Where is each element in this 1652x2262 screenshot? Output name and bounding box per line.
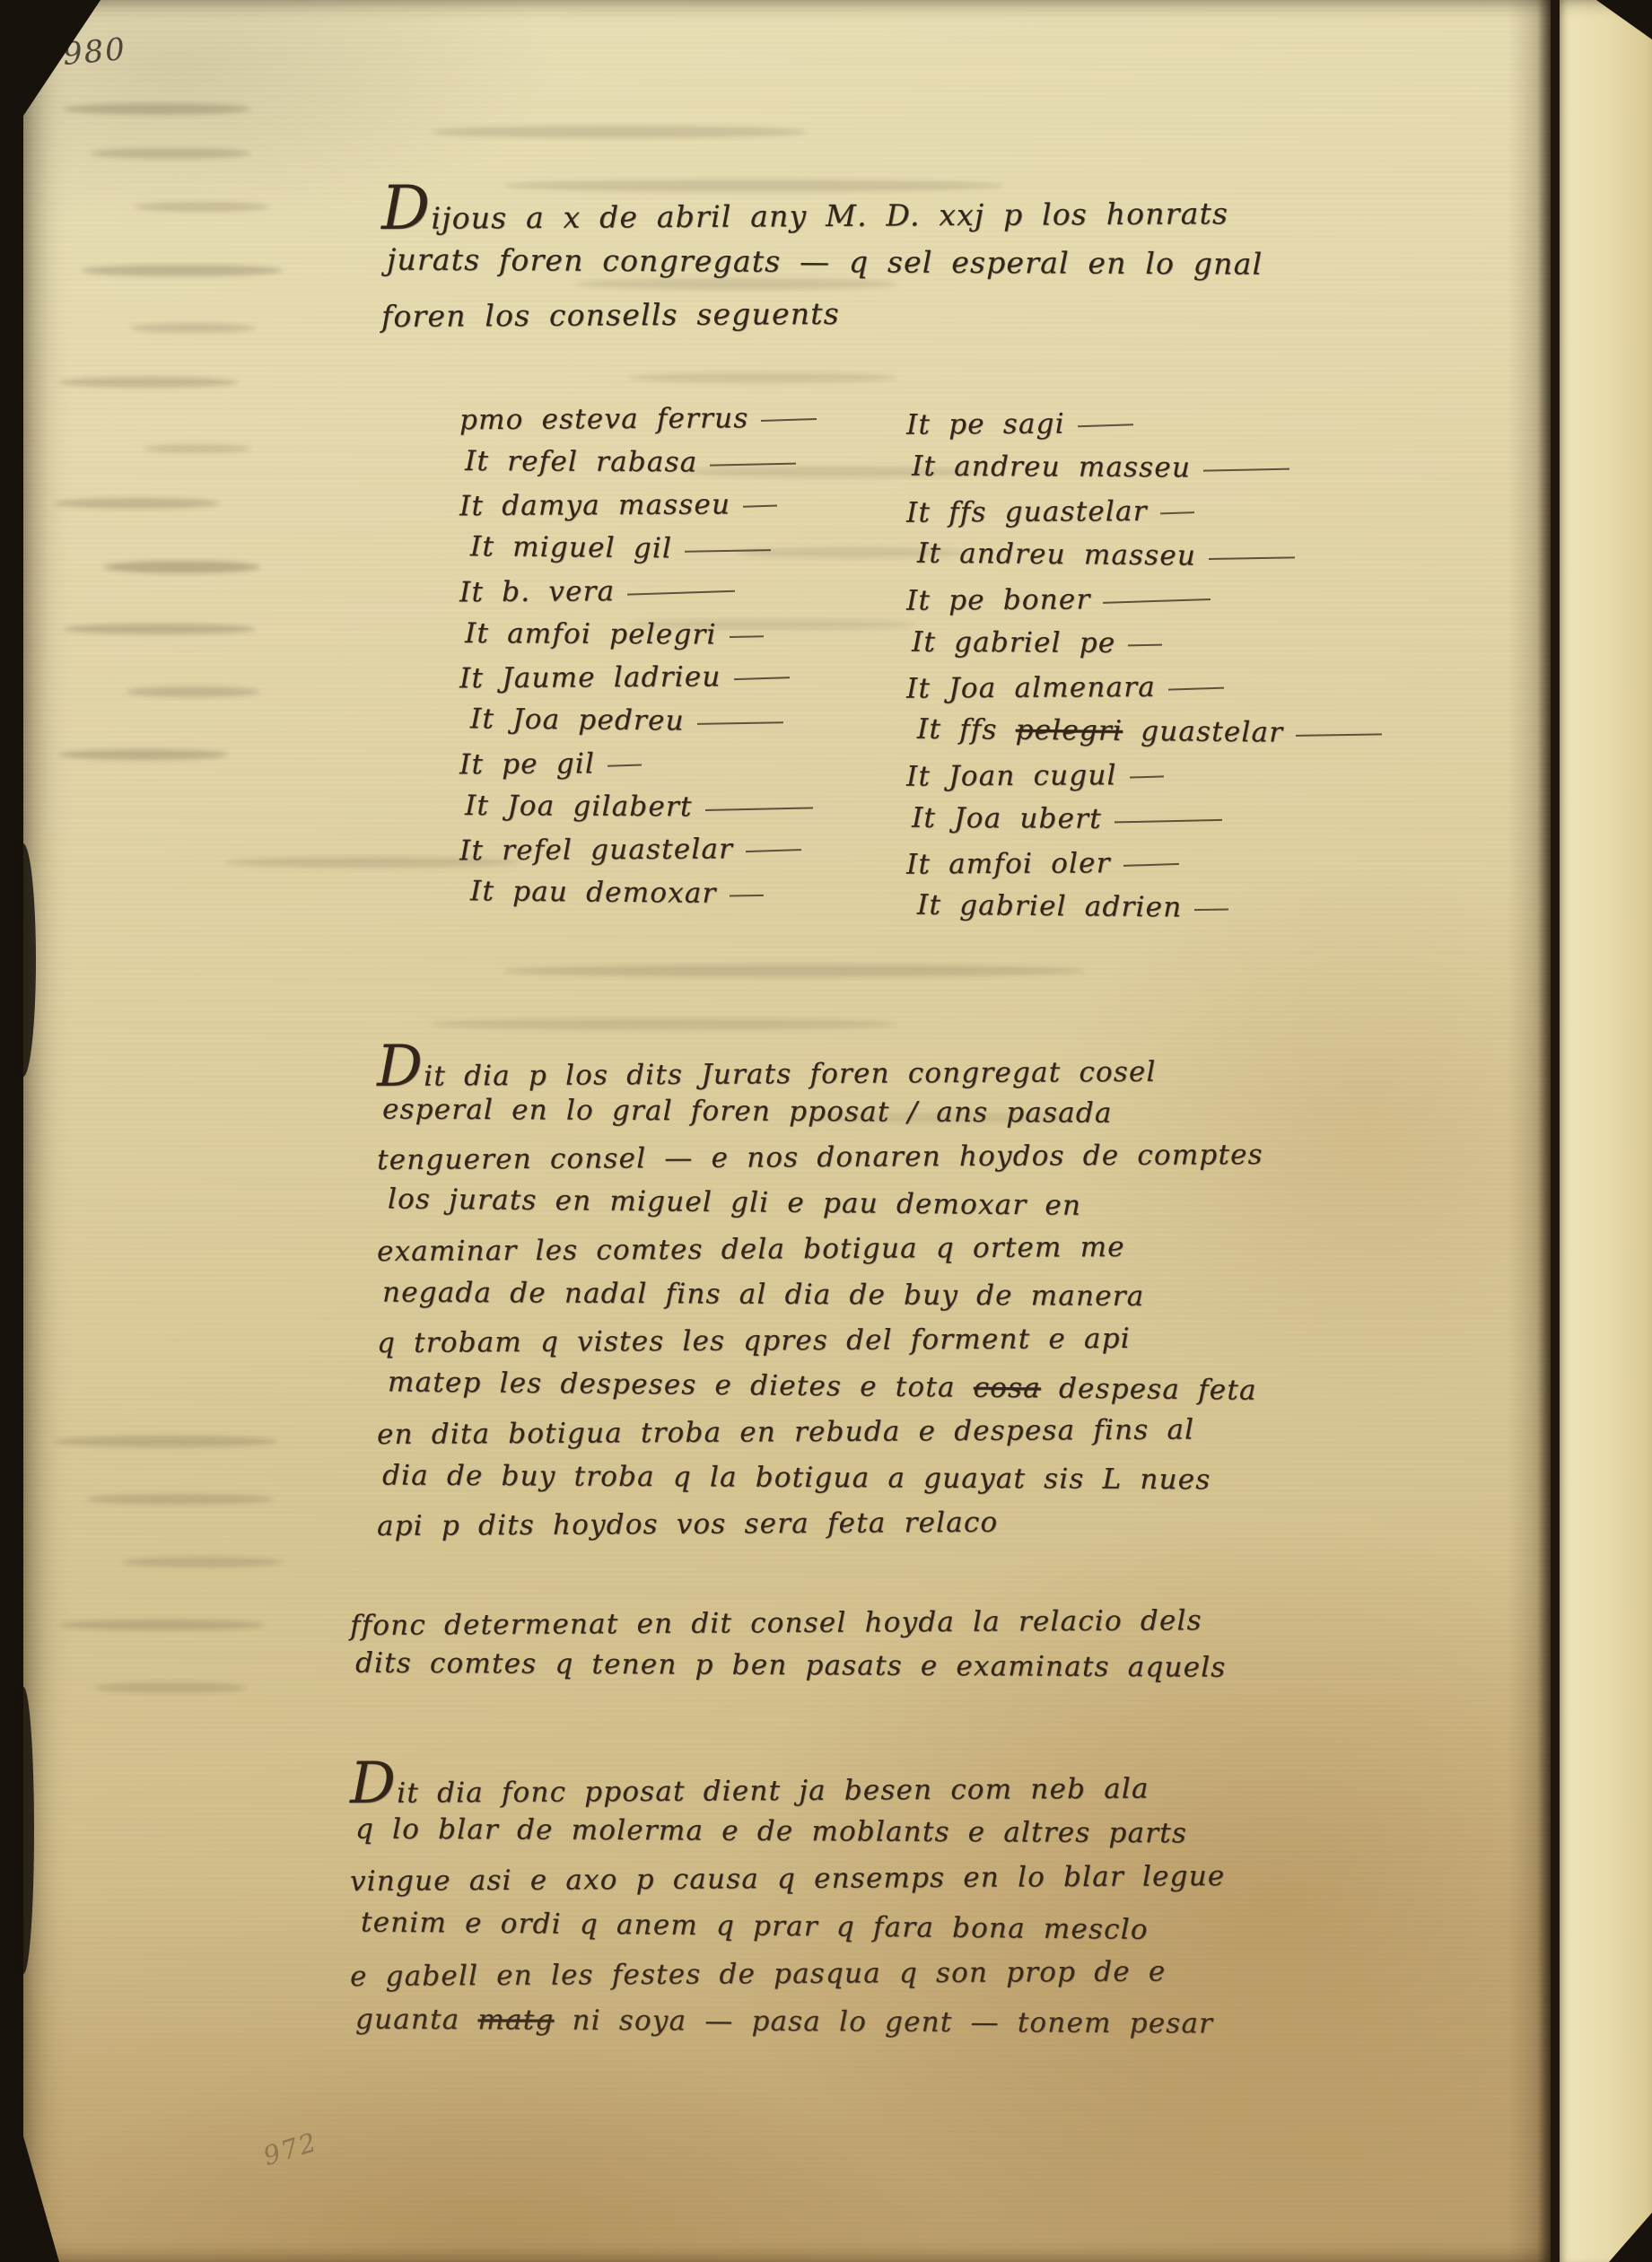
paragraph-line: api p dits hoydos vos sera feta relaco xyxy=(377,1498,1263,1550)
paragraph-line: en dita botigua troba en rebuda e despes… xyxy=(377,1407,1263,1458)
proposal-paragraph: Dit dia fonc pposat dient ja besen com n… xyxy=(350,1760,1225,2046)
council-member: It Joa ubert xyxy=(912,797,1377,843)
council-member: It amfoi oler xyxy=(906,840,1371,886)
paragraph-line: los jurats en miguel gli e pau demoxar e… xyxy=(388,1176,1274,1230)
council-member: It Joa gilabert xyxy=(465,784,823,829)
council-member: It ffs guastelar xyxy=(906,488,1371,535)
paragraph-line: examinar les comtes dela botigua q ortem… xyxy=(377,1224,1263,1275)
council-list-left: pmo esteva ferrusIt refel rabasaIt damya… xyxy=(459,397,817,914)
heading-line: jurats foren congregats — q sel esperal … xyxy=(387,233,1263,290)
council-member: It gabriel adrien xyxy=(917,884,1383,932)
determination-paragraph: ffonc determenat en dit consel hoyda la … xyxy=(350,1603,1220,1687)
council-member: pmo esteva ferrus xyxy=(459,397,817,441)
council-member: It gabriel pe xyxy=(912,621,1377,668)
council-member: It refel guastelar xyxy=(459,827,817,872)
council-member: It amfoi pelegri xyxy=(465,612,823,657)
paragraph-line: dia de buy troba q la botigua a guayat s… xyxy=(382,1453,1269,1503)
paragraph-line: e gabell en les festes de pasqua q son p… xyxy=(350,1948,1226,2001)
council-member: It Joan cugul xyxy=(906,752,1371,799)
paragraph-line: q trobam q vistes les qpres del forment … xyxy=(377,1315,1263,1367)
manuscript-scan: 980 972 Dijous a x de abril any M. D. xx… xyxy=(0,0,1652,2262)
paragraph-line: tenim e ordi q anem q prar q fara bona m… xyxy=(361,1899,1237,1954)
heading-line: Dijous a x de abril any M. D. xxj p los … xyxy=(381,181,1258,239)
heading-paragraph: Dijous a x de abril any M. D. xxj p los … xyxy=(381,184,1257,340)
heading-line: foren los consells seguents xyxy=(381,285,1258,343)
next-page-edge xyxy=(1560,0,1652,2262)
paragraph-line: vingue asi e axo p causa q ensemps en lo… xyxy=(350,1853,1226,1906)
paragraph-line: guanta matg ni soya — pasa lo gent — ton… xyxy=(355,1996,1231,2048)
paragraph-line: esperal en lo gral foren pposat / ans pa… xyxy=(382,1087,1269,1137)
paragraph-line: ffonc determenat en dit consel hoyda la … xyxy=(350,1600,1221,1647)
council-member: It miguel gil xyxy=(470,525,828,572)
council-member: It pe gil xyxy=(459,741,817,786)
council-member: It Jaume ladrieu xyxy=(459,655,817,700)
council-member: It pe boner xyxy=(906,576,1371,623)
council-member: It damya masseu xyxy=(459,483,817,528)
council-member: It pe sagi xyxy=(906,400,1371,447)
council-member: It andreu masseu xyxy=(912,445,1377,492)
council-member: It Joa pedreu xyxy=(470,697,828,744)
paragraph-line: tengueren consel — e nos donaren hoydos … xyxy=(377,1132,1263,1183)
paragraph-line: q lo blar de molerma e de moblants e alt… xyxy=(355,1805,1231,1857)
paragraph-line: dits comtes q tenen p ben pasats e exami… xyxy=(355,1642,1227,1689)
paragraph-line: Dit dia p los dits Jurats foren congrega… xyxy=(377,1041,1263,1092)
council-member: It Joa almenara xyxy=(906,664,1371,711)
council-member: It andreu masseu xyxy=(917,532,1383,581)
council-member: It pau demoxar xyxy=(470,869,828,916)
paragraph-line: Dit dia fonc pposat dient ja besen com n… xyxy=(350,1758,1226,1811)
council-member: It refel rabasa xyxy=(465,440,823,485)
council-member: It b. vera xyxy=(459,569,817,614)
council-member: It ffs pelegri guastelar xyxy=(917,708,1383,756)
paragraph-line: matep les despeses e dietes e tota cosa … xyxy=(388,1359,1274,1413)
accounts-paragraph: Dit dia p los dits Jurats foren congrega… xyxy=(377,1044,1263,1547)
paragraph-line: negada de nadal fins al dia de buy de ma… xyxy=(382,1270,1269,1320)
council-list-right: It pe sagiIt andreu masseuIt ffs guastel… xyxy=(906,402,1371,930)
